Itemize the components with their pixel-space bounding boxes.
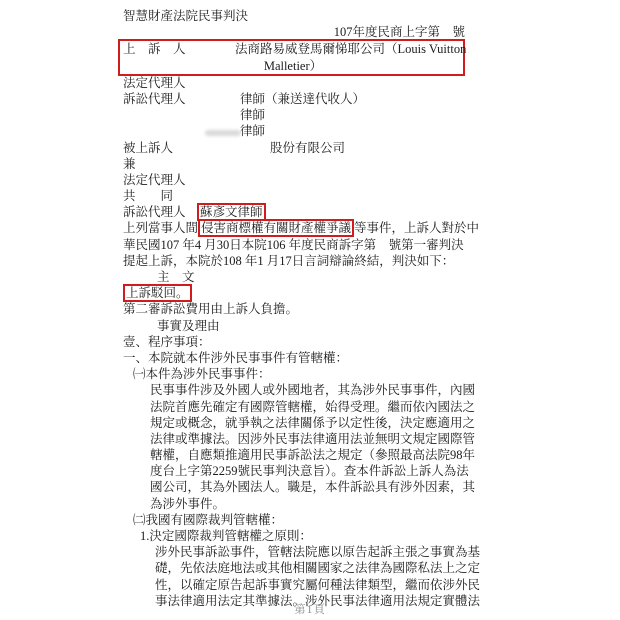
main-text-heading: 主 文 [123,269,465,285]
body-line: 一、本院就本件涉外民事事件有管轄權： [123,350,465,366]
ruling-row: 上訴駁回。 [123,285,465,301]
body-line: 法院首應先確定有國際管轄權，始得受理。繼而依內國法之 [123,399,465,415]
body-line: 轄權，自應類推適用民事訴訟法之規定（參照最高法院98年 [123,447,465,463]
body-line: 度台上字第2259號民事判決意旨）。查本件訴訟上訴人為法 [123,463,465,479]
body-line: 礎，先依法庭地法或其他相關國家之法律為國際私法上之定 [123,560,465,576]
annotation-box-appellant: 上 訴 人法商路易威登馬爾悌耶公司（Louis Vuitton Malletie… [118,39,465,75]
preamble-line2: 華民國107 年4 月30日本院106 年度民商訴字第 號第一審判決 [123,237,465,253]
body-line: 法律或準據法。因涉外民事法律適用法並無明文規定國際管 [123,431,465,447]
appellee-label: 被上訴人 [123,140,270,156]
body-line: 民事事件涉及外國人或外國地者，其為涉外民事事件，內國 [123,382,465,398]
body-line: 壹、程序事項： [123,334,465,350]
attorney1: 律師（兼送達代收人） [240,92,365,106]
facts-heading: 事實及理由 [123,318,465,334]
legal-rep2-row: 法定代理人 [123,172,465,188]
preamble-line3: 提起上訴，本院於108 年1 月17日言詞辯論終結，判決如下： [123,253,465,269]
litigation-rep2-row: 訴訟代理人蘇彥文律師 [123,204,465,220]
document-content: 智慧財產法院民事判決 107年度民商上字第 號 上 訴 人法商路易威登馬爾悌耶公… [123,8,465,609]
appellant-name-line2: Malletier） [123,58,463,74]
body-line: 為涉外事件。 [123,496,465,512]
preamble-line1-prefix: 上列當事人間 [123,221,198,235]
body-line: 規定或概念，就爭執之法律關係予以定性後，決定應適用之 [123,415,465,431]
attorney3: 律師 [240,124,265,138]
attorney2: 律師 [240,108,265,122]
body-line: 性，以確定原告起訴事實究屬何種法律類型，繼而依涉外民 [123,577,465,593]
joint-row: 共 同 [123,188,465,204]
litigation-rep-row: 訴訟代理人律師（兼送達代收人） [123,91,465,107]
case-number: 107年度民商上字第 號 [123,24,465,40]
body-line: 1.決定國際裁判管轄權之原則： [123,528,465,544]
body-line: 涉外民事訴訟事件，管轄法院應以原告起訴主張之事實為基 [123,544,465,560]
preamble-line1-suffix: 等事件，上訴人對於中 [354,221,479,235]
judgment-document-page: 智慧財產法院民事判決 107年度民商上字第 號 上 訴 人法商路易威登馬爾悌耶公… [0,0,620,620]
concurrent-row: 兼 [123,156,465,172]
page-footer: 第1頁 [0,601,620,617]
attorney3-row: 律師 [123,123,465,139]
body-line: ㈠本件為涉外民事事件： [123,366,465,382]
legal-rep-row: 法定代理人 [123,75,465,91]
appellant-row: 上 訴 人法商路易威登馬爾悌耶公司（Louis Vuitton [123,41,463,57]
appellant-name-line1: 法商路易威登馬爾悌耶公司（Louis Vuitton [235,42,466,56]
costs-line: 第二審訴訟費用由上訴人負擔。 [123,301,465,317]
preamble-line1: 上列當事人間侵害商標權有關財產權爭議等事件，上訴人對於中 [123,220,465,236]
litigation-rep-label: 訴訟代理人 [123,91,240,107]
litigation-rep2-label: 訴訟代理人 [123,204,197,220]
court-title: 智慧財產法院民事判決 [123,8,465,24]
body-line: 國公司，其為外國法人。職是，本件訴訟具有涉外因素，其 [123,479,465,495]
attorney2-row: 律師 [123,107,465,123]
appellant-label: 上 訴 人 [123,41,235,57]
appellee-company-suffix: 股份有限公司 [270,141,345,155]
appellee-row: 被上訴人股份有限公司 [123,140,465,156]
annotation-box-dispute-type: 侵害商標權有關財產權爭議 [198,219,354,237]
redaction-smudge [205,130,241,136]
annotation-box-ruling: 上訴駁回。 [123,284,192,302]
body-line: ㈡我國有國際裁判管轄權： [123,512,465,528]
